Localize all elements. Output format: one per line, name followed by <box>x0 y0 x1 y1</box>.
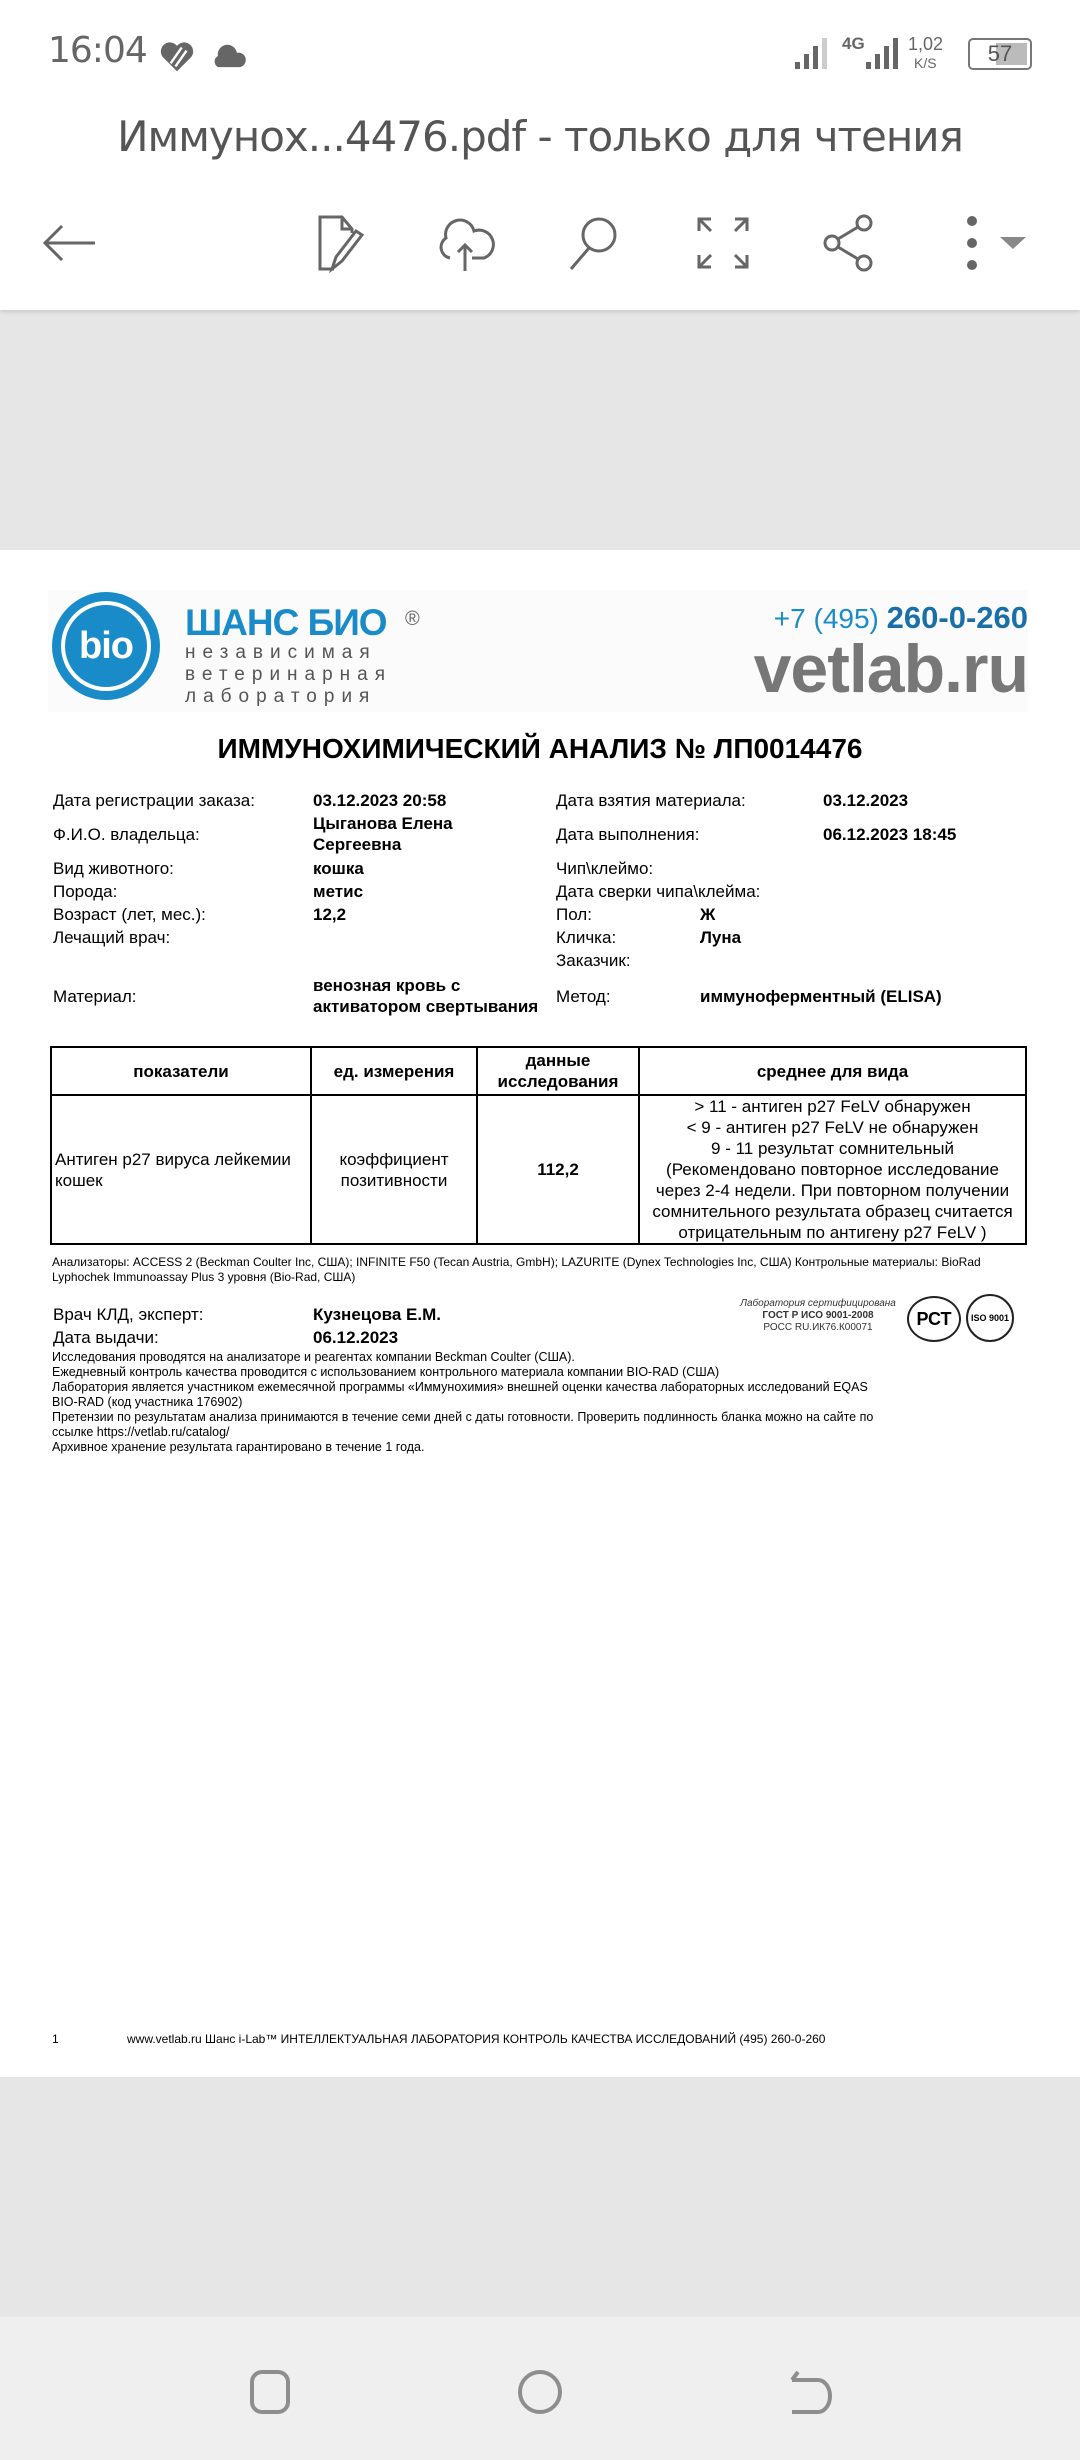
issue-date-value: 06.12.2023 <box>313 1327 398 1348</box>
indicator-cell: Антиген p27 вируса лейкемии кошек <box>51 1095 311 1244</box>
net-speed-unit: K/S <box>914 55 937 71</box>
signal-icon <box>795 36 831 75</box>
search-button[interactable] <box>558 210 628 276</box>
reference-line: 9 - 11 результат сомнительный <box>643 1138 1022 1159</box>
share-button[interactable] <box>815 210 885 276</box>
battery-percent: 57 <box>970 41 1030 67</box>
table-row: Антиген p27 вируса лейкемии кошек коэффи… <box>51 1095 1026 1244</box>
field-value: 03.12.2023 <box>823 790 908 811</box>
field-value: Ж <box>700 904 715 925</box>
field-value: венозная кровь с активатором свертывания <box>313 975 563 1017</box>
back-button[interactable] <box>35 210 105 276</box>
battery-icon: 57 <box>968 38 1032 70</box>
issue-date-label: Дата выдачи: <box>53 1327 159 1348</box>
reference-line: отрицательным по антигену p27 FeLV ) <box>643 1222 1022 1243</box>
system-nav-bar <box>0 2317 1080 2460</box>
more-vert-icon <box>962 213 982 273</box>
reference-line: (Рекомендовано повторное исследование <box>643 1159 1022 1180</box>
results-table: показатели ед. измерения данные исследов… <box>50 1046 1027 1245</box>
bio-logo: bio <box>52 592 160 700</box>
brand-sub-3: лаборатория <box>185 686 376 708</box>
col-header: данные исследования <box>477 1047 639 1095</box>
doctor-value: Кузнецова Е.М. <box>313 1304 441 1325</box>
result-cell: 112,2 <box>477 1095 639 1244</box>
field-label: Дата регистрации заказа: <box>53 790 255 811</box>
note-line: Исследования проводятся на анализаторе и… <box>52 1350 1032 1365</box>
signal-4g-icon <box>866 36 902 75</box>
brand-sub-1: независимая <box>185 642 377 664</box>
report-title: ИММУНОХИМИЧЕСКИЙ АНАЛИЗ № ЛП0014476 <box>0 733 1080 765</box>
field-label: Дата взятия материала: <box>556 790 746 811</box>
recents-icon <box>246 2368 294 2416</box>
search-icon <box>563 213 623 273</box>
heart-icon <box>158 38 196 81</box>
note-line: BIO-RAD (код участника 176902) <box>52 1395 1032 1410</box>
field-label: Дата сверки чипа\клейма: <box>556 881 760 902</box>
field-value: 06.12.2023 18:45 <box>823 824 956 845</box>
reference-cell: > 11 - антиген p27 FeLV обнаружен< 9 - а… <box>639 1095 1026 1244</box>
field-label: Порода: <box>53 881 117 902</box>
reference-line: < 9 - антиген p27 FeLV не обнаружен <box>643 1117 1022 1138</box>
page-number: 1 <box>52 2032 59 2047</box>
edit-button[interactable] <box>305 210 375 276</box>
field-label: Вид животного: <box>53 858 174 879</box>
app-top-bar: 16:04 4G 1,02 K/S 57 Иммунох...4476.pdf … <box>0 0 1080 310</box>
pdf-page: bio ШАНС БИО ® независимая ветеринарная … <box>0 550 1080 2077</box>
field-value: 03.12.2023 20:58 <box>313 790 446 811</box>
iso-badge-text: ISO 9001 <box>971 1313 1009 1323</box>
table-header-row: показатели ед. измерения данные исследов… <box>51 1047 1026 1095</box>
network-type: 4G <box>842 34 865 54</box>
note-line: Архивное хранение результата гарантирова… <box>52 1440 1032 1455</box>
rst-badge: РСТ <box>907 1296 961 1342</box>
lab-website: vetlab.ru <box>754 630 1028 708</box>
cloud-upload-icon <box>432 213 498 273</box>
back-arrow-icon <box>40 218 100 268</box>
note-line: Претензии по результатам анализа принима… <box>52 1410 1032 1425</box>
field-label: Возраст (лет, мес.): <box>53 904 206 925</box>
document-title: Иммунох...4476.pdf - только для чтения <box>0 112 1080 161</box>
dropdown-triangle-icon <box>998 233 1028 253</box>
field-value: метис <box>313 881 363 902</box>
brand-name: ШАНС БИО <box>185 602 387 644</box>
logo-text: bio <box>79 625 133 668</box>
cloud-icon <box>210 42 248 75</box>
field-label: Кличка: <box>556 927 616 948</box>
recents-button[interactable] <box>240 2362 300 2422</box>
more-options-button[interactable] <box>945 210 1045 276</box>
home-button[interactable] <box>510 2362 570 2422</box>
col-header: показатели <box>51 1047 311 1095</box>
field-label: Лечащий врач: <box>53 927 170 948</box>
unit-cell: коэффициент позитивности <box>311 1095 477 1244</box>
cert-line-2: ГОСТ Р ИСО 9001-2008 <box>718 1310 918 1322</box>
note-line: Лаборатория является участником ежемесяч… <box>52 1380 1032 1395</box>
edit-document-icon <box>310 213 370 273</box>
field-value: кошка <box>313 858 364 879</box>
page-footer: www.vetlab.ru Шанс i-Lab™ ИНТЕЛЛЕКТУАЛЬН… <box>127 2032 825 2047</box>
back-nav-icon <box>786 2368 834 2416</box>
reference-line: > 11 - антиген p27 FeLV обнаружен <box>643 1096 1022 1117</box>
cert-line-1: Лаборатория сертифицирована <box>718 1298 918 1310</box>
notes: Исследования проводятся на анализаторе и… <box>52 1350 1032 1455</box>
back-nav-button[interactable] <box>780 2362 840 2422</box>
reference-lines: > 11 - антиген p27 FeLV обнаружен< 9 - а… <box>643 1096 1022 1243</box>
rst-badge-text: РСТ <box>916 1309 951 1330</box>
brand-sub-2: ветеринарная <box>185 664 392 686</box>
field-label: Дата выполнения: <box>556 824 699 845</box>
notes-lines: Исследования проводятся на анализаторе и… <box>52 1350 1032 1455</box>
registered-mark: ® <box>405 608 420 631</box>
certification-text: Лаборатория сертифицирована ГОСТ Р ИСО 9… <box>718 1298 918 1334</box>
share-icon <box>820 213 880 273</box>
note-line: ссылке https://vetlab.ru/catalog/ <box>52 1425 1032 1440</box>
home-icon <box>516 2368 564 2416</box>
fullscreen-button[interactable] <box>688 210 758 276</box>
cert-line-3: РОСС RU.ИК76.К00071 <box>718 1322 918 1334</box>
field-value: Цыганова Елена Сергеевна <box>313 813 513 855</box>
field-label: Заказчик: <box>556 950 631 971</box>
field-label: Ф.И.О. владельца: <box>53 824 200 845</box>
field-label: Метод: <box>556 986 611 1007</box>
note-line: Ежедневный контроль качества проводится … <box>52 1365 1032 1380</box>
fullscreen-icon <box>695 215 751 271</box>
upload-button[interactable] <box>430 210 500 276</box>
field-label: Материал: <box>53 986 137 1007</box>
col-header: ед. измерения <box>311 1047 477 1095</box>
status-time: 16:04 <box>48 30 147 71</box>
analyzers-note-2: Lyphochek Immunoassay Plus 3 уровня (Bio… <box>52 1270 355 1285</box>
analyzers-note-1: Анализаторы: ACCESS 2 (Beckman Coulter I… <box>52 1255 981 1270</box>
field-label: Чип\клеймо: <box>556 858 653 879</box>
iso-badge: ISO 9001 <box>966 1294 1014 1342</box>
doctor-label: Врач КЛД, эксперт: <box>53 1304 204 1325</box>
col-header: среднее для вида <box>639 1047 1026 1095</box>
reference-line: через 2-4 недели. При повторном получени… <box>643 1180 1022 1201</box>
reference-line: сомнительного результата образец считает… <box>643 1201 1022 1222</box>
field-value: иммуноферментный (ELISA) <box>700 986 942 1007</box>
net-speed-value: 1,02 <box>908 34 943 55</box>
field-label: Пол: <box>556 904 592 925</box>
field-value: 12,2 <box>313 904 346 925</box>
field-value: Луна <box>700 927 741 948</box>
